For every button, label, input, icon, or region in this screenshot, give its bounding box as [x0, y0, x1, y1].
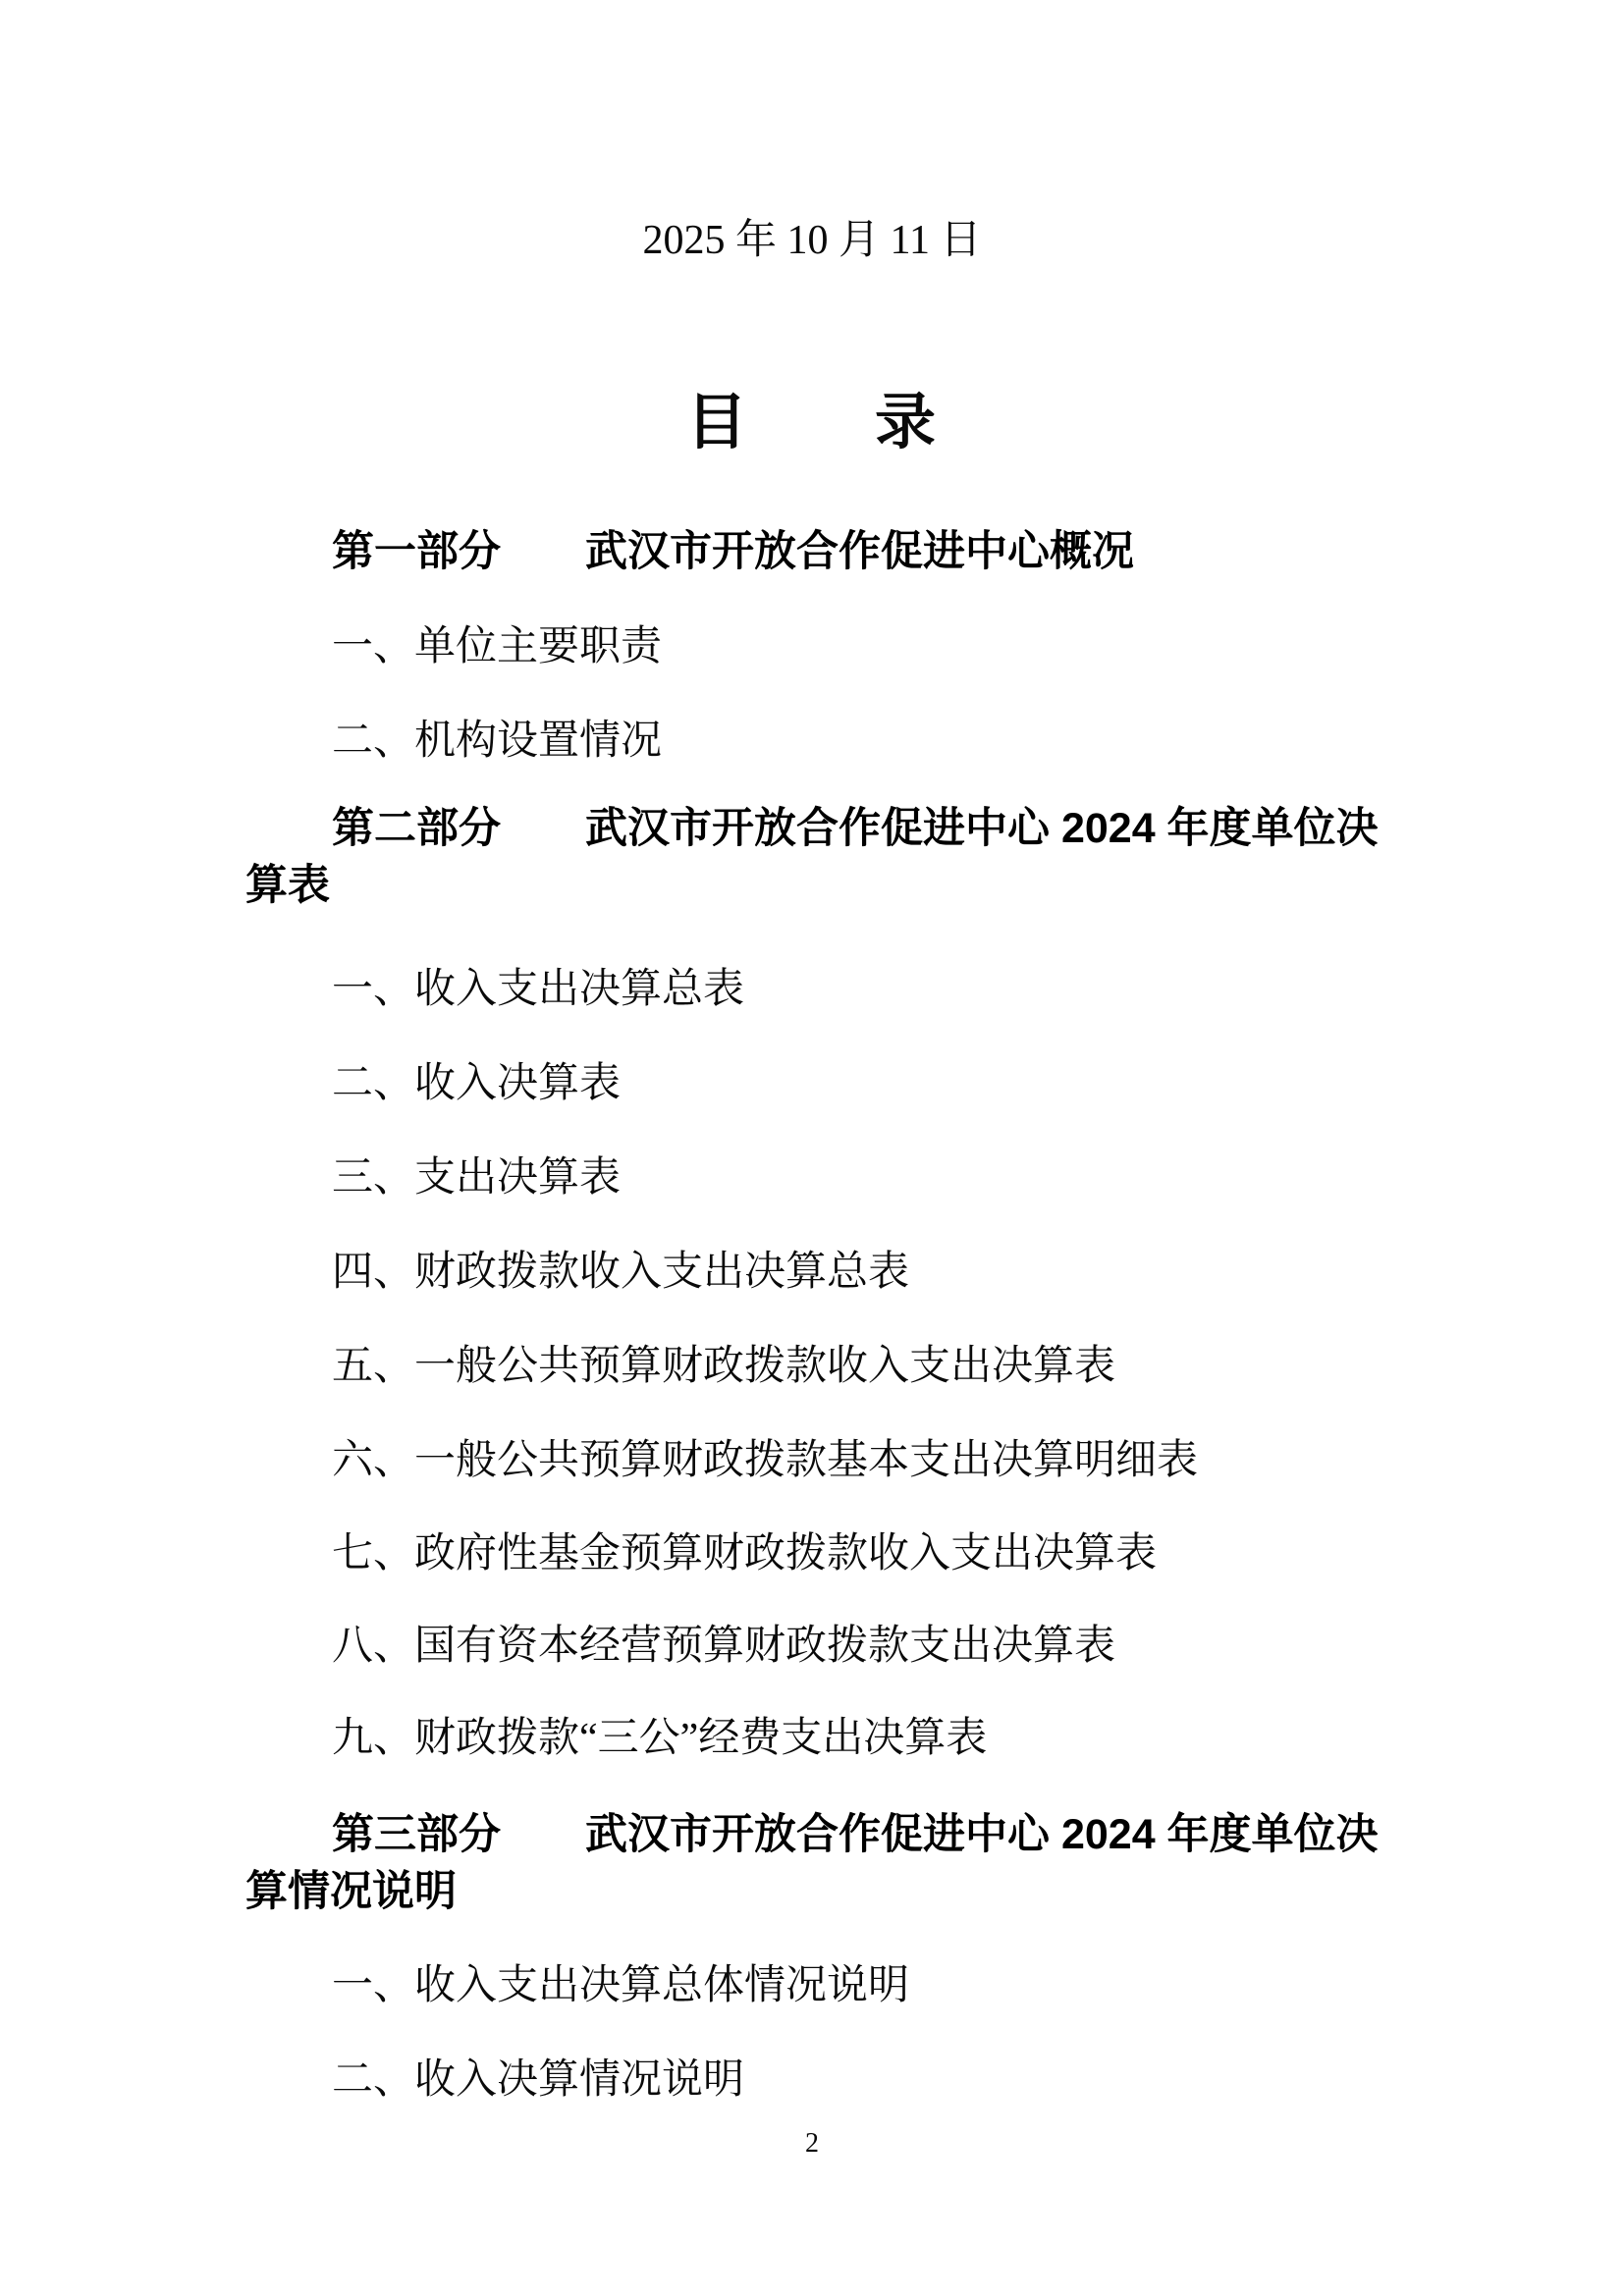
toc-item: 一、收入支出决算总体情况说明	[245, 1963, 1379, 2009]
toc-item: 三、支出决算表	[245, 1155, 1379, 1201]
toc-item: 七、政府性基金预算财政拨款收入支出决算表	[245, 1531, 1379, 1577]
toc-item: 八、国有资本经营预算财政拨款支出决算表	[245, 1624, 1379, 1670]
document-page: 2025 年 10 月 11 日 目 录 第一部分 武汉市开放合作促进中心概况 …	[0, 0, 1624, 2296]
page-number: 2	[0, 2128, 1624, 2159]
toc-item: 一、单位主要职责	[245, 624, 1379, 670]
section-2-heading-line-2: 算表	[245, 862, 1379, 909]
toc-item: 二、收入决算情况说明	[245, 2057, 1379, 2104]
section-2-heading-line-1: 第二部分 武汉市开放合作促进中心 2024 年度单位决	[245, 805, 1379, 852]
section-3-heading-line-1: 第三部分 武汉市开放合作促进中心 2024 年度单位决	[245, 1811, 1379, 1858]
toc-item: 九、财政拨款“三公”经费支出决算表	[245, 1716, 1379, 1762]
toc-item: 四、财政拨款收入支出决算总表	[245, 1250, 1379, 1296]
toc-item: 一、收入支出决算总表	[245, 967, 1379, 1013]
section-1-heading: 第一部分 武汉市开放合作促进中心概况	[245, 528, 1379, 575]
toc-item: 五、一般公共预算财政拨款收入支出决算表	[245, 1344, 1379, 1390]
toc-title: 目 录	[0, 389, 1624, 456]
toc-item: 六、一般公共预算财政拨款基本支出决算明细表	[245, 1438, 1379, 1484]
toc-item: 二、机构设置情况	[245, 719, 1379, 765]
section-3-heading-line-2: 算情况说明	[245, 1868, 1379, 1915]
document-date: 2025 年 10 月 11 日	[0, 218, 1624, 264]
toc-item: 二、收入决算表	[245, 1061, 1379, 1107]
